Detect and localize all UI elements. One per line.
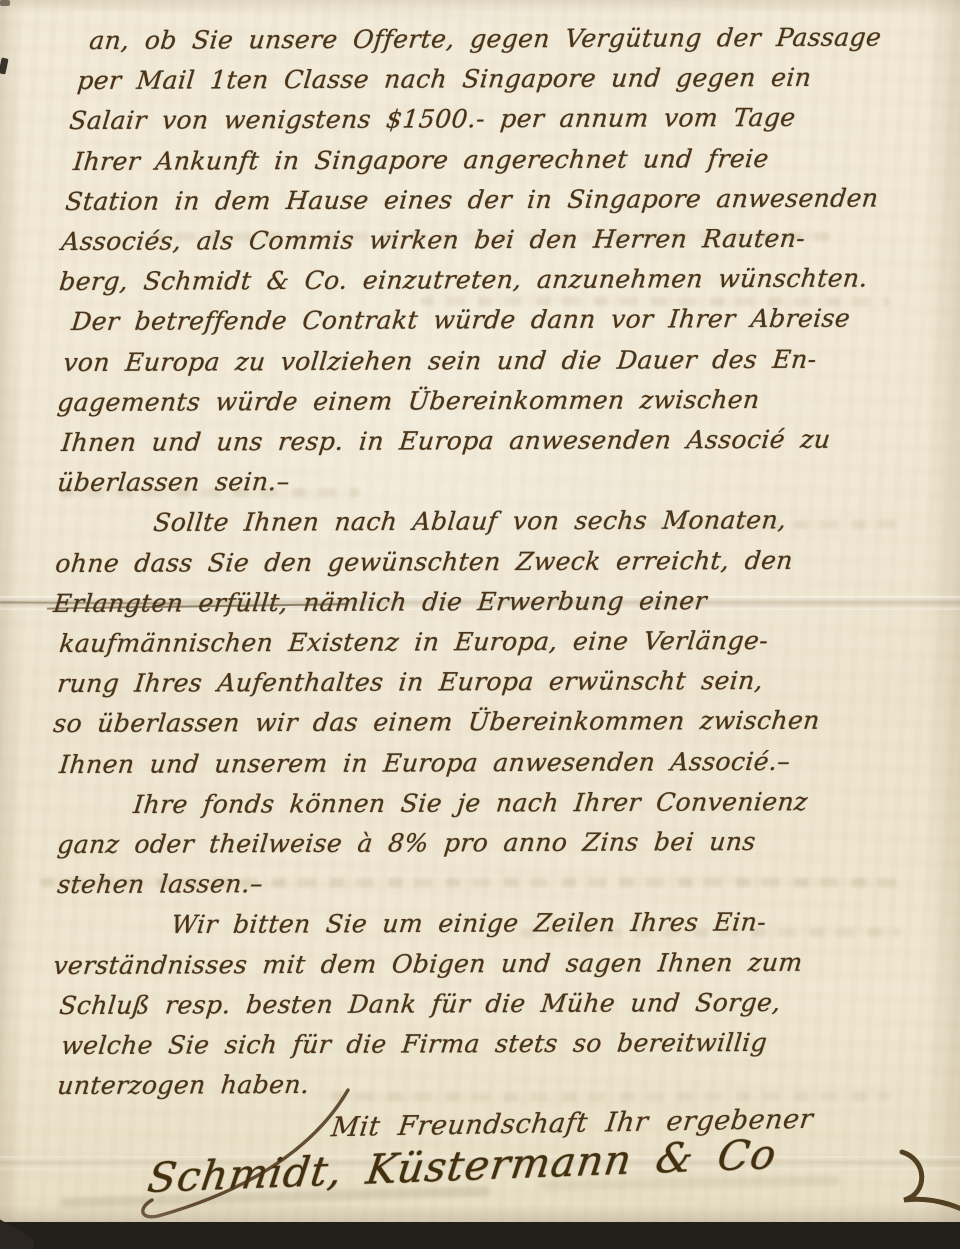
- handwritten-line: Associés, als Commis wirken bei den Herr…: [60, 224, 807, 256]
- handwritten-line: Schluß resp. besten Dank für die Mühe un…: [58, 988, 782, 1020]
- handwritten-line: gagements würde einem Übereinkommen zwis…: [56, 385, 761, 417]
- handwritten-line: Ihnen und uns resp. in Europa anwesenden…: [60, 425, 832, 457]
- handwritten-line: ohne dass Sie den gewünschten Zweck erre…: [54, 545, 794, 577]
- handwritten-line: Der betreffende Contrakt würde dann vor …: [70, 304, 852, 336]
- handwritten-line: so überlassen wir das einem Übereinkomme…: [52, 706, 821, 738]
- handwritten-line: Sollte Ihnen nach Ablauf von sechs Monat…: [152, 506, 788, 538]
- handwritten-line: unterzogen haben.: [56, 1070, 311, 1100]
- handwritten-line: an, ob Sie unsere Offerte, gegen Vergütu…: [88, 23, 883, 55]
- letter-body: an, ob Sie unsere Offerte, gegen Vergütu…: [0, 0, 960, 1249]
- handwritten-line: ganz oder theilweise à 8% pro anno Zins …: [56, 827, 757, 859]
- handwritten-line: überlassen sein.–: [56, 467, 291, 497]
- handwritten-line: Ihrer Ankunft in Singapore angerechnet u…: [72, 144, 770, 176]
- handwritten-line: von Europa zu vollziehen sein und die Da…: [62, 344, 818, 376]
- handwritten-line: Erlangten erfüllt, nämlich die Erwerbung…: [52, 586, 708, 618]
- handwritten-line: Station in dem Hause eines der in Singap…: [64, 183, 880, 216]
- handwritten-line: rung Ihres Aufenthaltes in Europa erwüns…: [56, 666, 765, 698]
- handwritten-line: kaufmännischen Existenz in Europa, eine …: [58, 626, 770, 658]
- handwritten-line: berg, Schmidt & Co. einzutreten, anzuneh…: [58, 264, 869, 297]
- handwritten-line: stehen lassen.–: [56, 869, 265, 899]
- handwritten-line: Wir bitten Sie um einige Zeilen Ihres Ei…: [170, 908, 768, 940]
- handwritten-line: per Mail 1ten Classe nach Singapore und …: [76, 63, 813, 95]
- handwritten-line: welche Sie sich für die Firma stets so b…: [60, 1028, 769, 1060]
- handwritten-line: Salair von wenigstens $1500.- per annum …: [68, 103, 797, 135]
- letter-scan: an, ob Sie unsere Offerte, gegen Vergütu…: [0, 0, 960, 1249]
- handwritten-line: Ihnen und unserem in Europa anwesenden A…: [58, 746, 792, 778]
- handwritten-line: Ihre fonds können Sie je nach Ihrer Conv…: [132, 787, 809, 819]
- handwritten-line: verständnisses mit dem Obigen und sagen …: [52, 947, 804, 979]
